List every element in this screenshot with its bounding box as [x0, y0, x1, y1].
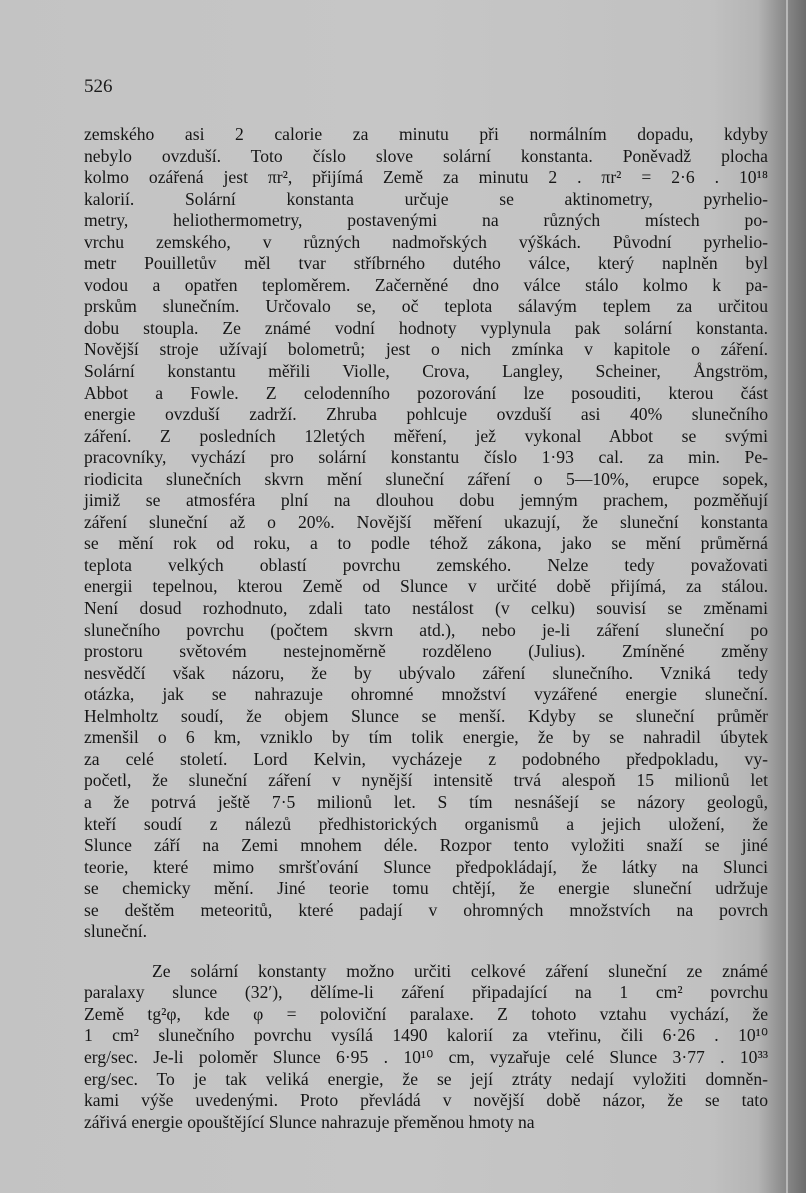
text-line: záření sluneční až o 20%. Novější měření…: [84, 512, 768, 534]
page-edge-shadow: [786, 0, 788, 1193]
text-line: vrchu zemského, v různých nadmořských vý…: [84, 232, 768, 254]
text-line: kalorií. Solární konstanta určuje se akt…: [84, 189, 768, 211]
text-line: otázka, jak se nahrazuje ohromné množstv…: [84, 684, 768, 706]
scanned-book-page: 526 zemského asi 2 calorie za minutu při…: [0, 0, 806, 1193]
text-line: se deštěm meteoritů, které padají v ohro…: [84, 900, 768, 922]
text-line: 1 cm² slunečního povrchu vysílá 1490 kal…: [84, 1025, 768, 1047]
text-line: prostoru světovém nestejnoměrně rozdělen…: [84, 641, 768, 663]
text-line: kteří soudí z nálezů předhistorických or…: [84, 814, 768, 836]
text-line: zářivá energie opouštějící Slunce nahraz…: [84, 1112, 768, 1134]
text-line: Novější stroje užívají bolometrů; jest o…: [84, 339, 768, 361]
text-line: Není dosud rozhodnuto, zdali tato nestál…: [84, 598, 768, 620]
text-line: záření. Z posledních 12letých měření, je…: [84, 426, 768, 448]
paragraph: zemského asi 2 calorie za minutu při nor…: [84, 124, 768, 943]
text-line: pracovníky, vychází pro solární konstant…: [84, 447, 768, 469]
paragraph: Ze solární konstanty možno určiti celkov…: [84, 961, 768, 1133]
text-line: zemského asi 2 calorie za minutu při nor…: [84, 124, 768, 146]
text-line: teorie, které mimo smršťování Slunce pře…: [84, 857, 768, 879]
paragraph-gap: [84, 943, 768, 961]
text-line: kolmo ozářená jest πr², přijímá Země za …: [84, 167, 768, 189]
text-line: a že potrvá ještě 7·5 milionů let. S tím…: [84, 792, 768, 814]
body-text: zemského asi 2 calorie za minutu při nor…: [84, 124, 768, 1133]
text-line: energii tepelnou, kterou Země od Slunce …: [84, 576, 768, 598]
text-line: riodicita slunečních skvrn mění sluneční…: [84, 469, 768, 491]
text-line: Abbot a Fowle. Z celodenního pozorování …: [84, 383, 768, 405]
text-line: jimiž se atmosféra plní na dlouhou dobu …: [84, 490, 768, 512]
text-line: Ze solární konstanty možno určiti celkov…: [84, 961, 768, 983]
text-line: metr Pouilletův měl tvar stříbrného duté…: [84, 253, 768, 275]
text-line: početl, že sluneční záření v nynější int…: [84, 770, 768, 792]
text-line: Solární konstantu měřili Violle, Crova, …: [84, 361, 768, 383]
text-line: za celé století. Lord Kelvin, vycházeje …: [84, 749, 768, 771]
text-line: Helmholtz soudí, že objem Slunce se menš…: [84, 706, 768, 728]
text-line: nebylo ovzduší. Toto číslo slove solární…: [84, 146, 768, 168]
text-line: se chemicky mění. Jiné teorie tomu chtěj…: [84, 878, 768, 900]
text-line: se mění rok od roku, a to podle téhož zá…: [84, 533, 768, 555]
text-line: paralaxy slunce (32′), dělíme-li záření …: [84, 982, 768, 1004]
text-line: zmenšil o 6 km, vzniklo by tím tolik ene…: [84, 727, 768, 749]
text-line: prskům slunečním. Určovalo se, oč teplot…: [84, 296, 768, 318]
text-line: vodou a opatřen teploměrem. Začerněné dn…: [84, 275, 768, 297]
text-line: Země tg²φ, kde φ = poloviční paralaxe. Z…: [84, 1004, 768, 1026]
text-line: teplota velkých oblastí povrchu zemského…: [84, 555, 768, 577]
text-line: Slunce září na Zemi mnohem déle. Rozpor …: [84, 835, 768, 857]
text-line: erg/sec. To je tak veliká energie, že se…: [84, 1069, 768, 1091]
text-line: kami výše uvedenými. Proto převládá v no…: [84, 1090, 768, 1112]
text-line: metry, heliothermometry, postavenými na …: [84, 210, 768, 232]
text-line: slunečního povrchu (počtem skvrn atd.), …: [84, 620, 768, 642]
text-line: sluneční.: [84, 921, 768, 943]
text-line: energie ovzduší zadrží. Zhruba pohlcuje …: [84, 404, 768, 426]
page-number: 526: [84, 76, 113, 98]
text-line: dobu stoupla. Ze známé vodní hodnoty vyp…: [84, 318, 768, 340]
text-line: nesvědčí však názoru, že by ubývalo záře…: [84, 663, 768, 685]
text-line: erg/sec. Je-li poloměr Slunce 6·95 . 10¹…: [84, 1047, 768, 1069]
